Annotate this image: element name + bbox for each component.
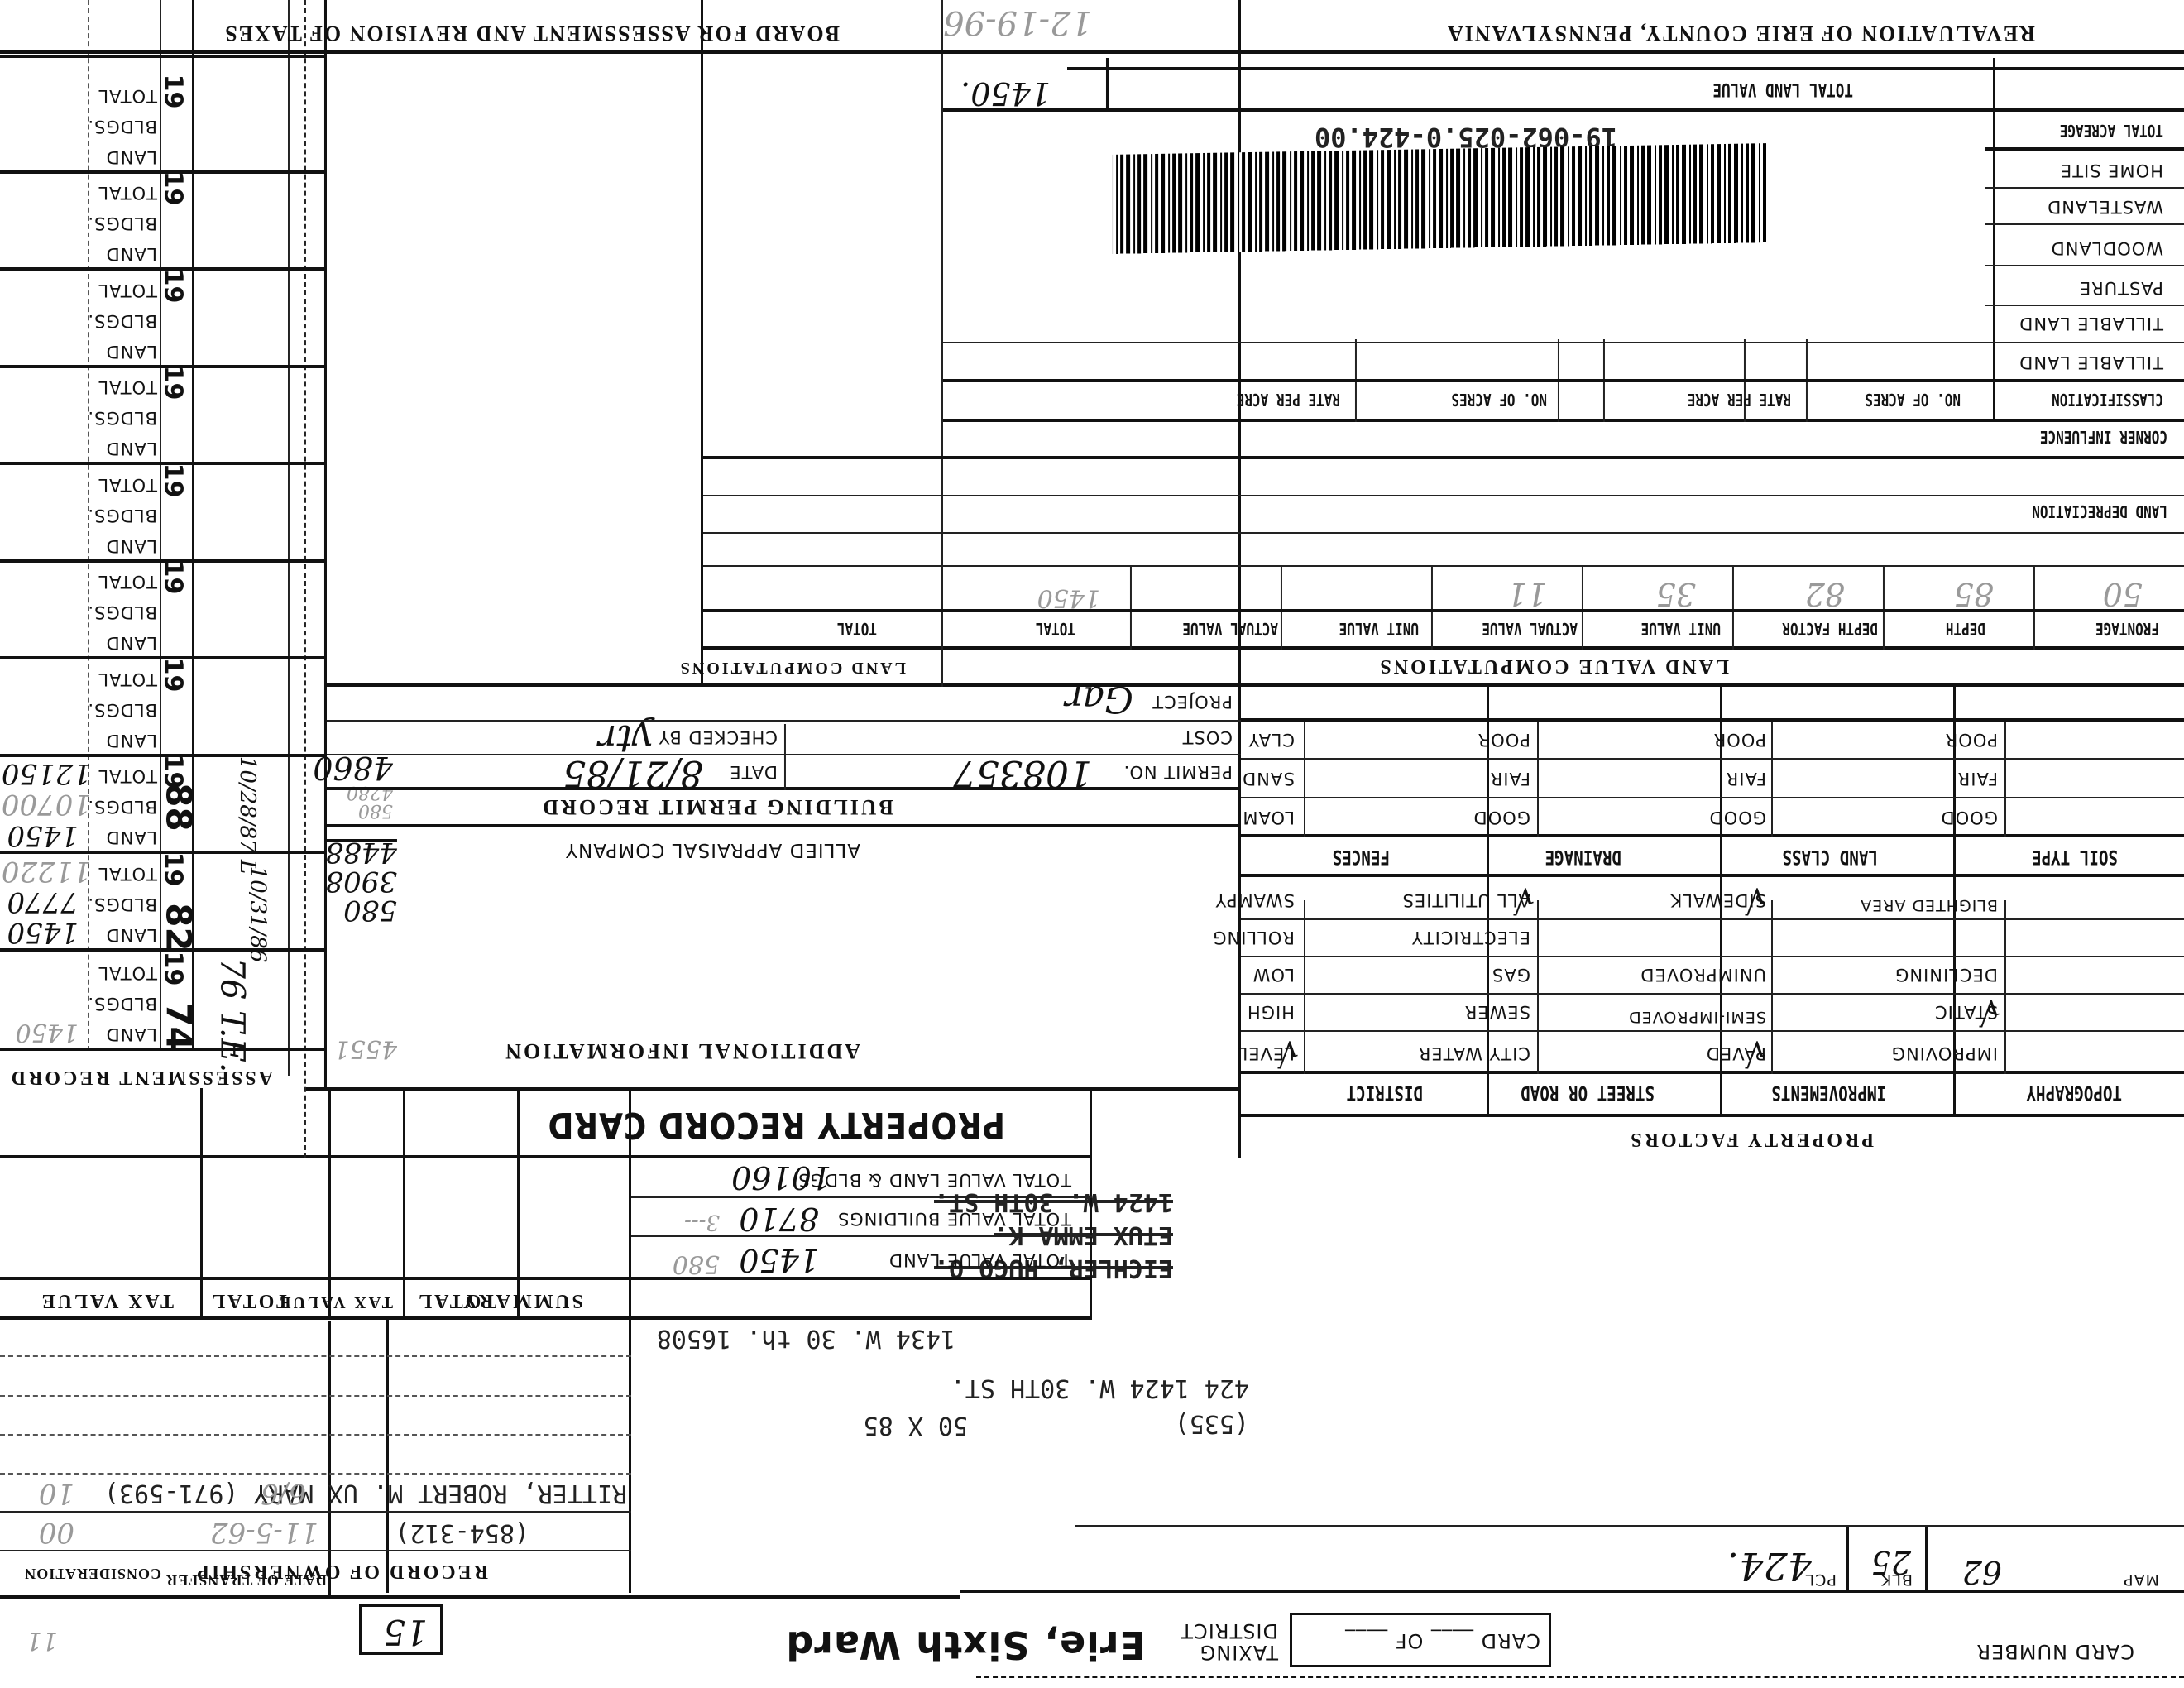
no-of-acres-header: NO. OF ACRES	[1865, 390, 1961, 410]
factor-semi-improved: SEMI-IMPROVED	[1628, 1008, 1766, 1026]
lot-dimensions: 50 X 85	[864, 1411, 968, 1440]
check-mark-icon[interactable]: √	[1980, 992, 2001, 1030]
barcode-icon	[1113, 143, 1766, 254]
land-depreciation-label: LAND DEPRECIATION	[2032, 501, 2167, 521]
card-of-box[interactable]: CARD ____ OF ____	[1290, 1613, 1551, 1667]
divider	[976, 1676, 2184, 1678]
assessment-land: 1450	[7, 819, 79, 852]
fences-fair: FAIR	[1957, 769, 1998, 789]
assessment-land-label: LAND	[106, 925, 157, 945]
year-prefix: 19	[159, 366, 188, 400]
date-of-transfer-label: DATE OF TRANSFER	[165, 1571, 327, 1589]
soil-clay: CLAY	[1248, 730, 1295, 750]
no-of-acres-header-2: NO. OF ACRES	[1451, 390, 1547, 410]
year-prefix: 19	[159, 171, 188, 206]
factor-electricity: ELECTRICITY	[1411, 928, 1530, 947]
total-land-value-label: TOTAL LAND VALUE	[1712, 79, 1853, 99]
consideration-value: 10	[39, 1477, 74, 1510]
improvements-header: IMPROVEMENTS	[1771, 1081, 1886, 1105]
land-class-fair: FAIR	[1490, 769, 1530, 789]
assessment-land-label: LAND	[106, 1024, 157, 1044]
permit-no-label: PERMIT NO.	[1123, 762, 1233, 782]
factor-low: LOW	[1252, 965, 1295, 985]
taxing-district-label: TAXING DISTRICT	[1179, 1620, 1278, 1663]
assessment-bldgs-label: BLDGS.	[87, 408, 157, 428]
land-value-title: LAND VALUE COMPUTATIONS	[1377, 655, 1729, 677]
summary-col-tax-value: TAX VALUE	[277, 1292, 393, 1312]
frontage-value[interactable]: 50	[2103, 576, 2143, 612]
building-permit-title: BUILDING PERMIT RECORD	[540, 794, 893, 819]
class-row: WOODLAND	[2051, 238, 2163, 258]
assessment-total-label: TOTAL	[98, 377, 157, 397]
ownership-entry: (854-312)	[395, 1518, 529, 1547]
board-title: BOARD FOR ASSESSMENT AND REVISION OF TAX…	[223, 21, 840, 46]
assessment-bldgs-label: BLDGS.	[87, 894, 157, 914]
stamp-note: 12-19-96	[943, 3, 1092, 41]
year-prefix: 19	[159, 658, 188, 693]
drainage-poor: POOR	[1713, 730, 1766, 750]
factor-rolling: ROLLING	[1212, 928, 1295, 947]
property-factors-title: PROPERTY FACTORS	[1628, 1128, 1874, 1150]
drainage-fair: FAIR	[1726, 769, 1766, 789]
consideration-value: 00	[39, 1516, 74, 1549]
district-code: 15	[384, 1612, 428, 1652]
class-row: PASTURE	[2079, 278, 2163, 298]
fences-header: FENCES	[1333, 846, 1390, 869]
appraisal-company: ALLIED APPRAISAL COMPANY	[565, 839, 860, 861]
summary-col-total-2: TOTAL	[209, 1289, 290, 1312]
checked-by-label: CHECKED BY	[659, 727, 778, 747]
col-depth-factor: DEPTH FACTOR	[1782, 619, 1878, 639]
drainage-good: GOOD	[1708, 808, 1766, 827]
check-mark-icon[interactable]: √	[1514, 880, 1535, 918]
check-mark-icon[interactable]: √	[1278, 1033, 1300, 1072]
assessment-total: 11220	[2, 855, 91, 888]
class-row: HOME SITE	[2060, 161, 2163, 180]
rate-per-acre-header-2: RATE PER ACRE	[1237, 390, 1340, 410]
permit-date-label: DATE	[729, 762, 778, 782]
class-row: TILLABLE LAND	[2019, 352, 2163, 372]
assessment-land-label: LAND	[106, 244, 157, 264]
assessment-total-label: TOTAL	[98, 963, 157, 983]
assessment-bldgs: 10700	[2, 788, 91, 821]
assessment-bldgs-label: BLDGS.	[87, 700, 157, 720]
factor-high: HIGH	[1247, 1002, 1295, 1022]
year-prefix: 19	[159, 560, 188, 595]
assessment-note: 10/31/86	[246, 866, 271, 963]
street-road-header: STREET OR ROAD	[1521, 1081, 1655, 1105]
assessment-bldgs-label: BLDGS.	[87, 311, 157, 331]
classification-header: CLASSIFICATION	[2052, 390, 2163, 410]
address-line: 424 1424 W. 30TH ST.	[951, 1374, 1249, 1403]
assessment-bldgs-label: BLDGS.	[87, 994, 157, 1014]
class-row: TILLABLE LAND	[2019, 314, 2163, 333]
soil-type-header: SOIL TYPE	[2032, 846, 2118, 869]
factor-all-utilities: ALL UTILITIES	[1402, 890, 1530, 910]
district-header: DISTRICT	[1347, 1081, 1423, 1105]
assessment-bldgs-label: BLDGS.	[87, 117, 157, 137]
depth-value[interactable]: 85	[1954, 576, 1994, 612]
total-value[interactable]: 1450	[1037, 583, 1100, 612]
additional-info-title: ADDITIONAL INFORMATION	[503, 1038, 860, 1063]
assessment-total-label: TOTAL	[98, 183, 157, 203]
year-prefix: 19	[159, 74, 188, 109]
land-class-header: LAND CLASS	[1782, 846, 1878, 869]
total-land-value[interactable]: 1450.	[960, 75, 1051, 112]
transfer-date: 6/6	[261, 1477, 306, 1510]
class-row: WASTELAND	[2047, 197, 2163, 217]
topography-header: TOPOGRAPHY	[2026, 1081, 2122, 1105]
year-prefix: 19	[159, 852, 188, 887]
assessment-total-label: TOTAL	[98, 766, 157, 786]
total-acreage-label: TOTAL ACREAGE	[2060, 121, 2163, 141]
assessment-land-label: LAND	[106, 536, 157, 556]
cost-label: COST	[1182, 727, 1233, 747]
year-prefix: 19	[159, 269, 188, 304]
assessment-land: 1450	[16, 1018, 79, 1047]
address-line: (535)	[1175, 1409, 1249, 1438]
assessment-land-label: LAND	[106, 147, 157, 167]
year-prefix: 19	[159, 952, 188, 986]
assessment-year: 82	[158, 903, 199, 951]
assessment-bldgs-label: BLDGS.	[87, 506, 157, 525]
check-mark-icon[interactable]: √	[1746, 1033, 1767, 1072]
summary-row-label: TOTAL VALUE LAND & BLDGS	[797, 1170, 1071, 1190]
col-actual-value-2: ACTUAL VALUE	[1182, 619, 1278, 639]
assessment-bldgs: 7770	[7, 885, 79, 918]
assessment-total-label: TOTAL	[98, 475, 157, 495]
assessment-year: 88	[158, 783, 199, 831]
blk-value[interactable]: 25	[1871, 1544, 1911, 1580]
soil-sand: SAND	[1242, 769, 1295, 789]
map-value[interactable]: 62	[1962, 1554, 2002, 1590]
col-frontage: FRONTAGE	[2095, 619, 2159, 639]
ownership-entry: RITTER, ROBERT M. UX MARY (971-593)	[104, 1479, 627, 1508]
summary-tax-bldgs: 3---	[684, 1210, 720, 1235]
factor-city-water: CITY WATER	[1418, 1043, 1530, 1063]
summary-total-bldgs: 8710	[739, 1201, 819, 1237]
factor-gas: GAS	[1492, 965, 1530, 985]
col-unit-value-2: UNIT VALUE	[1339, 619, 1419, 639]
assessment-land-label: LAND	[106, 731, 157, 750]
summary-row-label: TOTAL VALUE LAND	[888, 1250, 1071, 1270]
factor-swampy: SWAMPY	[1215, 890, 1295, 910]
factor-blighted-area: BLIGHTED AREA	[1860, 896, 1998, 914]
assessment-bldgs-label: BLDGS.	[87, 797, 157, 817]
assessment-total: 12150	[2, 757, 91, 790]
assessment-total-label: TOTAL	[98, 864, 157, 884]
summary-tax-land: 580	[673, 1249, 720, 1278]
summary-total-land-bldgs: 10160	[731, 1159, 831, 1196]
land-class-poor: POOR	[1478, 730, 1530, 750]
district-code-box: 15	[359, 1604, 443, 1655]
year-prefix: 19	[159, 463, 188, 498]
col-actual-value: ACTUAL VALUE	[1482, 619, 1578, 639]
soil-loam: LOAM	[1242, 808, 1295, 827]
assessment-land-label: LAND	[106, 439, 157, 458]
actual-value[interactable]: 11	[1507, 576, 1547, 612]
property-record-card: CARD NUMBER CARD ____ OF ____ TAXING DIS…	[0, 0, 2184, 1688]
col-unit-value: UNIT VALUE	[1641, 619, 1721, 639]
assessment-land: 1450	[7, 916, 79, 949]
factor-unimproved: UNIMPROVED	[1640, 965, 1766, 985]
col-total: TOTAL	[1036, 619, 1075, 639]
project-label: PROJECT	[1152, 692, 1233, 712]
land-class-good: GOOD	[1473, 808, 1530, 827]
consideration-label: CONSIDERATION	[24, 1565, 161, 1582]
col-depth: DEPTH	[1946, 619, 1985, 639]
land-computations-label: LAND COMPUTATIONS	[678, 658, 906, 677]
assessment-land-label: LAND	[106, 633, 157, 653]
summary-col-tax-value-2: TAX VALUE	[40, 1289, 174, 1312]
margin-note: 580	[343, 894, 397, 927]
permit-no-value[interactable]: 108357	[953, 752, 1092, 794]
fences-good: GOOD	[1940, 808, 1998, 827]
assessment-bldgs-label: BLDGS.	[87, 213, 157, 233]
corner-influence-label: CORNER INFLUENCE	[2040, 427, 2167, 447]
depth-factor-value[interactable]: 82	[1805, 576, 1845, 612]
summary-col-total: TOTAL	[416, 1289, 496, 1312]
transfer-date: 11-5-62	[210, 1516, 318, 1549]
factor-sewer: SEWER	[1464, 1002, 1530, 1022]
revaluation-title: REVALUATION OF ERIE COUNTY, PENNSYLVANIA	[1446, 21, 2035, 46]
pcl-value[interactable]: 424.	[1727, 1544, 1812, 1589]
assessment-total-label: TOTAL	[98, 86, 157, 106]
factor-improving: IMPROVING	[1891, 1043, 1998, 1063]
assessment-bldgs-label: BLDGS.	[87, 602, 157, 622]
map-label: MAP	[2123, 1571, 2159, 1589]
mailing-address: 1434 W. 30 th. 16508	[657, 1324, 955, 1353]
assessment-total-label: TOTAL	[98, 281, 157, 300]
rate-per-acre-header: RATE PER ACRE	[1688, 390, 1791, 410]
col-total-2: TOTAL	[837, 619, 877, 639]
drainage-header: DRAINAGE	[1545, 846, 1621, 869]
checked-by-value[interactable]: ytr	[599, 717, 654, 761]
assessment-total-label: TOTAL	[98, 572, 157, 592]
taxing-district-value: Erie, Sixth Ward	[785, 1623, 1146, 1667]
factor-declining: DECLINING	[1894, 965, 1998, 985]
assessment-total-label: TOTAL	[98, 669, 157, 689]
assessment-note: 76 T.E.	[213, 957, 251, 1072]
card-number-label: CARD NUMBER	[2035, 1640, 2134, 1663]
assessment-land-label: LAND	[106, 342, 157, 362]
assessment-note: 10/28/87 L	[235, 756, 260, 874]
summary-total-land: 1450	[739, 1242, 819, 1278]
unit-value[interactable]: 35	[1656, 576, 1696, 612]
check-mark-icon[interactable]: √	[1746, 880, 1767, 918]
margin-note: 4488	[325, 836, 397, 869]
fences-poor: POOR	[1945, 730, 1998, 750]
card-title: PROPERTY RECORD CARD	[548, 1104, 1005, 1146]
assessment-land-label: LAND	[106, 827, 157, 847]
summary-row-label: TOTAL VALUE BUILDINGS	[837, 1209, 1071, 1229]
margin-note: 4551	[334, 1034, 397, 1063]
assessment-year: 74	[158, 1002, 199, 1050]
card-of-label: CARD ____ OF ____	[1344, 1629, 1540, 1652]
margin-note: 3908	[325, 865, 397, 898]
